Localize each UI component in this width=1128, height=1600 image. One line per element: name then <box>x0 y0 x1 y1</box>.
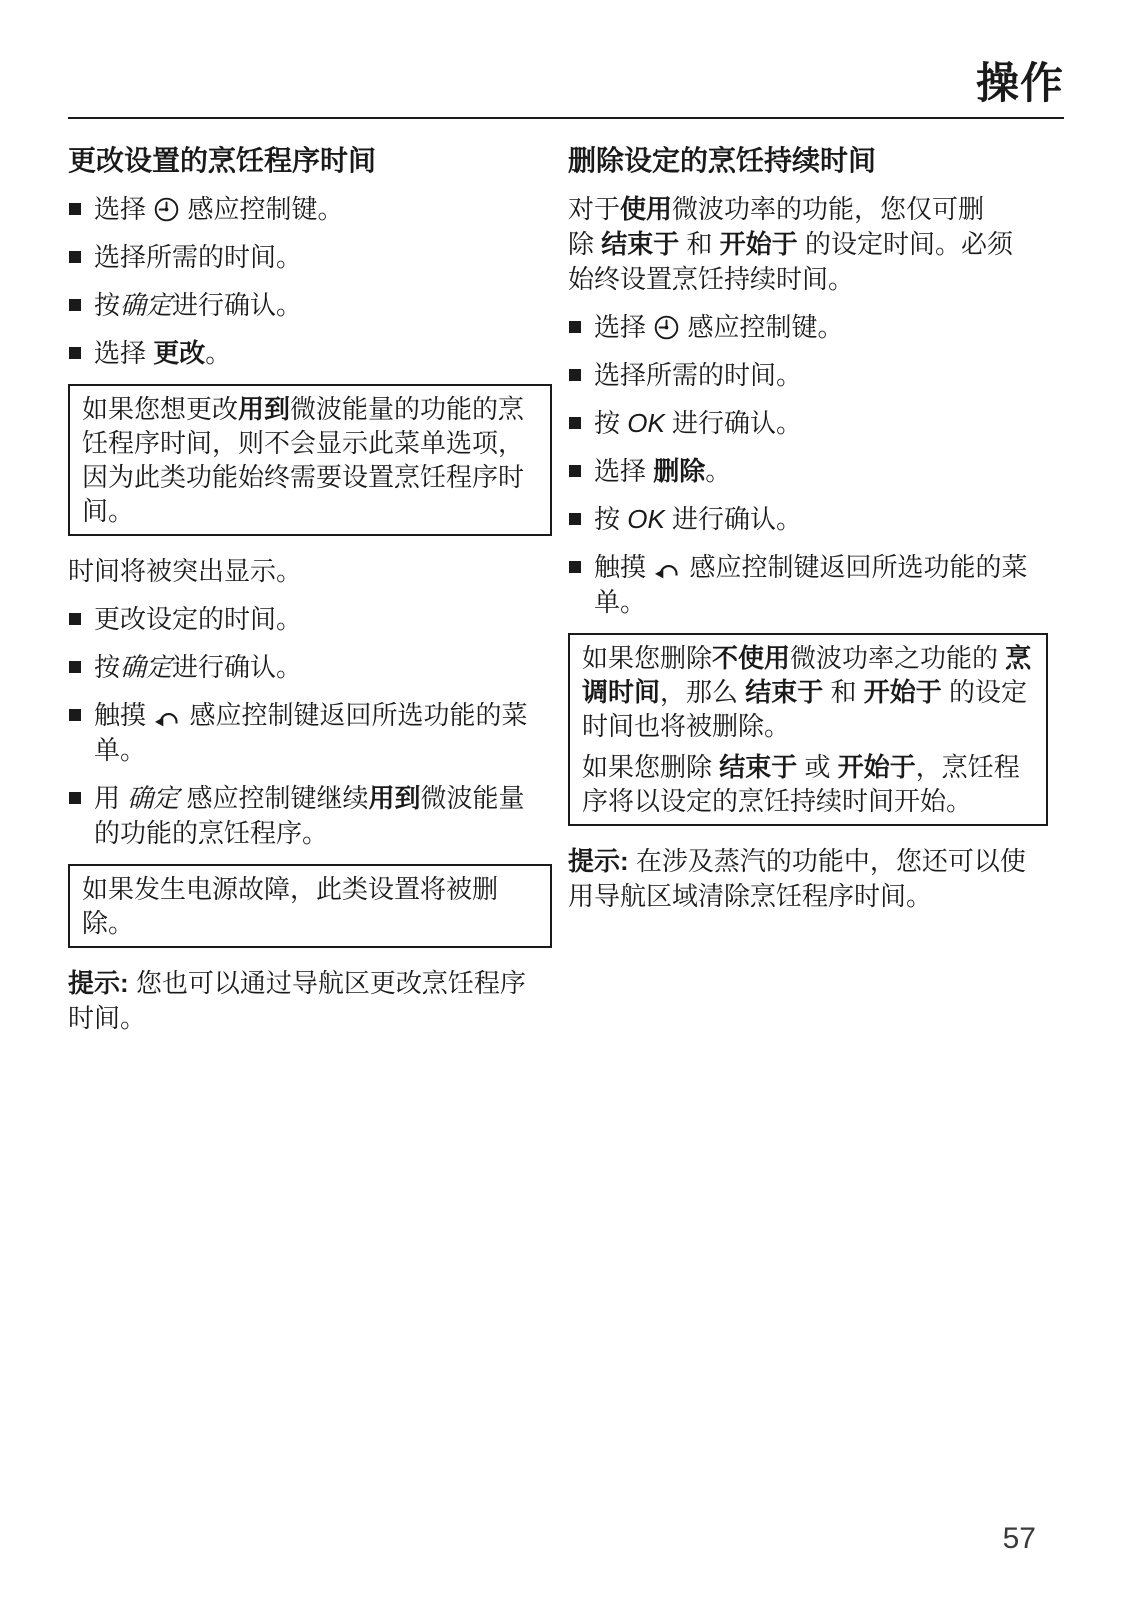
text-segment: 如果您想更改 <box>82 394 238 424</box>
text-segment: OK <box>627 504 665 534</box>
bullet-square-icon <box>569 465 581 477</box>
text-segment: 对于 <box>568 194 620 224</box>
text-segment: 删除 <box>653 456 705 486</box>
text-segment: 选择所需的时间。 <box>94 242 302 272</box>
bullet-square-icon <box>69 661 81 673</box>
back-arrow-icon <box>653 550 682 585</box>
text-segment: 结束于 <box>745 677 823 707</box>
clock-icon <box>653 310 680 345</box>
text-segment: 感应控制键。 <box>180 194 343 224</box>
text-segment: 删除设定的烹饪持续时间 <box>568 145 876 176</box>
text-segment: 开始于 <box>864 677 942 707</box>
bullet-square-icon <box>569 321 581 333</box>
text-segment: 触摸 <box>94 700 153 730</box>
text-segment: 用到 <box>238 394 290 424</box>
text-segment: 选择所需的时间。 <box>594 360 802 390</box>
list-item: 按确定进行确认。 <box>68 650 552 685</box>
list-item: 选择 感应控制键。 <box>68 192 552 227</box>
manual-page: 操作 更改设置的烹饪程序时间选择 感应控制键。选择所需的时间。按确定进行确认。选… <box>0 0 1128 1600</box>
text-segment: 。 <box>205 338 231 368</box>
text-segment: 确定 <box>127 783 179 813</box>
text-segment: 结束于 <box>601 229 679 259</box>
list-item-text: 选择 删除。 <box>594 454 1048 489</box>
text-segment: 和 <box>679 229 719 259</box>
section-heading: 删除设定的烹饪持续时间 <box>568 143 1048 178</box>
note-box: 如果您想更改用到微波能量的功能的烹 饪程序时间，则不会显示此菜单选项， 因为此类… <box>68 384 552 536</box>
list-item-text: 按 OK 进行确认。 <box>594 406 1048 441</box>
bullet-square-icon <box>69 299 81 311</box>
paragraph: 时间将被突出显示。 <box>68 554 552 589</box>
text-segment: 按 <box>594 504 627 534</box>
tip-paragraph: 提示: 在涉及蒸汽的功能中，您还可以使 用导航区域清除烹饪程序时间。 <box>568 844 1048 914</box>
list-item-text: 触摸 感应控制键返回所选功能的菜 单。 <box>94 698 552 768</box>
bullet-square-icon <box>69 347 81 359</box>
text-segment: 感应控制键。 <box>680 312 843 342</box>
text-segment: 按 <box>94 652 120 682</box>
text-segment: 按 <box>94 290 120 320</box>
page-header-title: 操作 <box>976 60 1064 108</box>
list-item: 选择 更改。 <box>68 336 552 371</box>
list-item: 更改设定的时间。 <box>68 602 552 637</box>
text-segment: 时间将被突出显示。 <box>68 556 302 586</box>
list-item-text: 选择 更改。 <box>94 336 552 371</box>
text-segment: 不使用 <box>712 643 790 673</box>
note-box: 如果您删除不使用微波功率之功能的 烹 调时间，那么 结束于 和 开始于 的设定 … <box>568 633 1048 826</box>
text-segment: OK <box>627 408 665 438</box>
back-arrow-icon <box>153 698 182 733</box>
bullet-square-icon <box>69 613 81 625</box>
list-item: 选择所需的时间。 <box>68 240 552 275</box>
note-box-paragraph: 如果您删除 结束于 或 开始于，烹饪程 序将以设定的烹饪持续时间开始。 <box>582 750 1034 818</box>
list-item: 触摸 感应控制键返回所选功能的菜 单。 <box>568 550 1048 620</box>
list-item: 按 OK 进行确认。 <box>568 406 1048 441</box>
bullet-square-icon <box>569 561 581 573</box>
list-item-text: 选择所需的时间。 <box>594 358 1048 393</box>
list-item-text: 触摸 感应控制键返回所选功能的菜 单。 <box>594 550 1048 620</box>
text-segment: 进行确认。 <box>172 290 302 320</box>
list-item: 用 确定 感应控制键继续用到微波能量 的功能的烹饪程序。 <box>68 781 552 851</box>
text-segment: 更改设定的时间。 <box>94 604 302 634</box>
text-segment: 如果发生电源故障，此类设置将被删 除。 <box>82 874 498 938</box>
text-segment: 进行确认。 <box>172 652 302 682</box>
list-item: 按确定进行确认。 <box>68 288 552 323</box>
text-segment: 确定 <box>120 652 172 682</box>
text-segment: 开始于 <box>720 229 798 259</box>
text-segment: 确定 <box>120 290 172 320</box>
text-segment: 选择 <box>594 312 653 342</box>
list-item: 选择所需的时间。 <box>568 358 1048 393</box>
list-item-text: 选择 感应控制键。 <box>94 192 552 227</box>
text-segment: 感应控制键继续 <box>179 783 368 813</box>
list-item: 选择 感应控制键。 <box>568 310 1048 345</box>
text-segment: 用到 <box>368 783 420 813</box>
text-segment: 进行确认。 <box>665 408 802 438</box>
text-segment: 开始于 <box>838 752 916 782</box>
text-segment: 您也可以通过导航区更改烹饪程序 时间。 <box>68 968 526 1033</box>
text-segment: 使用 <box>620 194 672 224</box>
text-segment: 。 <box>705 456 731 486</box>
text-segment: 和 <box>823 677 863 707</box>
content-columns: 更改设置的烹饪程序时间选择 感应控制键。选择所需的时间。按确定进行确认。选择 更… <box>68 143 1064 1049</box>
clock-icon <box>153 192 180 227</box>
list-item-text: 选择 感应控制键。 <box>594 310 1048 345</box>
bullet-square-icon <box>69 203 81 215</box>
list-item: 选择 删除。 <box>568 454 1048 489</box>
text-segment: 选择 <box>594 456 653 486</box>
header-divider <box>68 117 1064 119</box>
text-segment: 在涉及蒸汽的功能中，您还可以使 用导航区域清除烹饪程序时间。 <box>568 846 1026 911</box>
text-segment: 如果您删除 <box>582 643 712 673</box>
paragraph: 对于使用微波功率的功能，您仅可删 除 结束于 和 开始于 的设定时间。必须 始终… <box>568 192 1048 297</box>
bullet-square-icon <box>569 513 581 525</box>
text-segment: 用 <box>94 783 127 813</box>
text-segment: 触摸 <box>594 552 653 582</box>
text-segment: 提示: <box>68 968 129 998</box>
tip-paragraph: 提示: 您也可以通过导航区更改烹饪程序 时间。 <box>68 966 552 1036</box>
left-column: 更改设置的烹饪程序时间选择 感应控制键。选择所需的时间。按确定进行确认。选择 更… <box>68 143 552 1049</box>
page-number: 57 <box>1003 1522 1036 1556</box>
bullet-square-icon <box>569 369 581 381</box>
list-item-text: 用 确定 感应控制键继续用到微波能量 的功能的烹饪程序。 <box>94 781 552 851</box>
note-box: 如果发生电源故障，此类设置将被删 除。 <box>68 864 552 948</box>
text-segment: 或 <box>797 752 837 782</box>
list-item: 触摸 感应控制键返回所选功能的菜 单。 <box>68 698 552 768</box>
text-segment: 按 <box>594 408 627 438</box>
note-box-paragraph: 如果您删除不使用微波功率之功能的 烹 调时间，那么 结束于 和 开始于 的设定 … <box>582 641 1034 743</box>
bullet-square-icon <box>69 792 81 804</box>
text-segment: 选择 <box>94 338 153 368</box>
section-heading: 更改设置的烹饪程序时间 <box>68 143 552 178</box>
text-segment: 提示: <box>568 846 629 876</box>
text-segment: 进行确认。 <box>665 504 802 534</box>
text-segment: 更改设置的烹饪程序时间 <box>68 145 376 176</box>
text-segment: 选择 <box>94 194 153 224</box>
list-item-text: 选择所需的时间。 <box>94 240 552 275</box>
bullet-square-icon <box>69 709 81 721</box>
bullet-square-icon <box>569 417 581 429</box>
text-segment: 微波功率之功能的 <box>790 643 1005 673</box>
note-box-paragraph: 如果发生电源故障，此类设置将被删 除。 <box>82 872 538 940</box>
list-item-text: 按确定进行确认。 <box>94 650 552 685</box>
text-segment: 结束于 <box>719 752 797 782</box>
note-box-paragraph: 如果您想更改用到微波能量的功能的烹 饪程序时间，则不会显示此菜单选项， 因为此类… <box>82 392 538 528</box>
right-column: 删除设定的烹饪持续时间对于使用微波功率的功能，您仅可删 除 结束于 和 开始于 … <box>568 143 1048 927</box>
list-item-text: 按确定进行确认。 <box>94 288 552 323</box>
list-item: 按 OK 进行确认。 <box>568 502 1048 537</box>
text-segment: 更改 <box>153 338 205 368</box>
text-segment: 如果您删除 <box>582 752 719 782</box>
text-segment: ，那么 <box>660 677 745 707</box>
list-item-text: 更改设定的时间。 <box>94 602 552 637</box>
list-item-text: 按 OK 进行确认。 <box>594 502 1048 537</box>
bullet-square-icon <box>69 251 81 263</box>
